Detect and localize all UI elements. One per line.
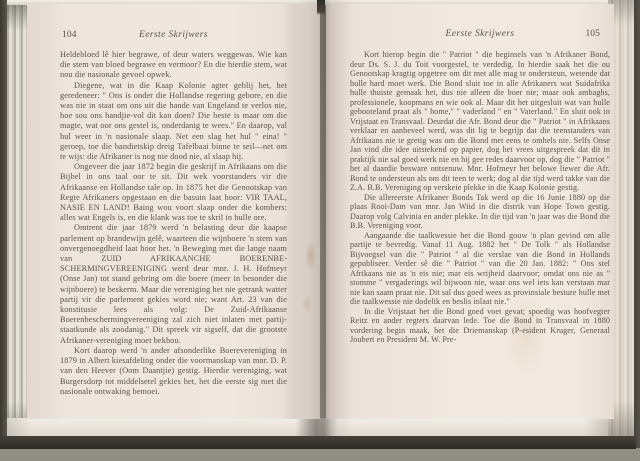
open-book: 104 Eerste Skrijwers Heldebloed lê hier … <box>0 0 640 448</box>
paragraph: Omtrent die jaar 1879 werd 'n belasting … <box>60 223 287 345</box>
right-page-105: Eerste Skrijwers 105 Kort hierop begin d… <box>326 4 614 419</box>
cover-edge-bottom <box>0 436 636 449</box>
spine-top-gap <box>317 0 325 15</box>
paragraph: Kort daarop werd 'n ander afsonderlike B… <box>60 346 287 397</box>
photo-background: 104 Eerste Skrijwers Heldebloed lê hier … <box>0 0 640 461</box>
paragraph: Kort hierop begin die " Patriot " die be… <box>350 50 610 193</box>
left-page-header: 104 Eerste Skrijwers <box>60 30 287 50</box>
page-edges-bottom <box>7 418 608 438</box>
page-number: 105 <box>585 30 600 40</box>
paragraph: Die allereerste Afrikaner Bonds Tak werd… <box>350 193 610 231</box>
running-header: Eerste Skrijwers <box>350 30 610 40</box>
cover-edge-left <box>0 0 7 440</box>
paragraph: In die Vrijstaat het die Bond goed voet … <box>350 307 610 345</box>
page-edges-left <box>7 0 28 432</box>
left-page-104: 104 Eerste Skrijwers Heldebloed lê hier … <box>27 4 320 419</box>
cover-edge-right <box>634 0 640 448</box>
paragraph: Aangaande die taalkwessie het die Bond g… <box>350 231 610 307</box>
paragraph: Diegene, wat in die Kaap Kolonie agter g… <box>60 81 287 163</box>
running-header: Eerste Skrijwers <box>60 30 287 40</box>
right-page-header: Eerste Skrijwers 105 <box>350 30 610 50</box>
paragraph: Heldebloed lê hier begrawe, of deur wate… <box>60 50 287 81</box>
paragraph: Ongeveer die jaar 1872 begin die geskrij… <box>60 162 287 223</box>
